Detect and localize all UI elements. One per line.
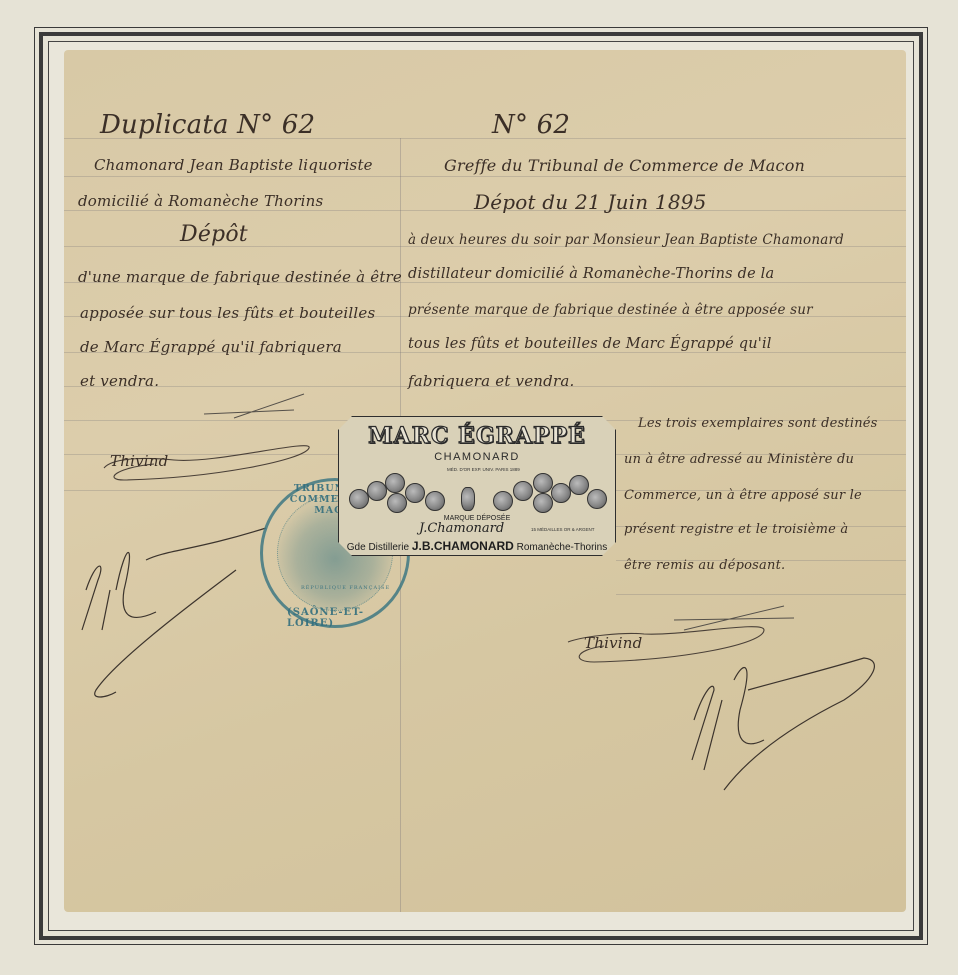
right-note-line: un à être adressé au Ministère du: [624, 452, 854, 467]
label-signature: J.Chamonard: [419, 521, 504, 536]
stamp-center-text: RÉPUBLIQUE FRANÇAISE: [301, 585, 390, 591]
label-footer-place: Romanèche-Thorins: [517, 542, 608, 553]
right-body-line: à deux heures du soir par Monsieur Jean …: [408, 232, 844, 248]
medal-icon: [533, 473, 553, 493]
medal-icon: [405, 483, 425, 503]
right-body-line: fabriquera et vendra.: [408, 372, 574, 390]
right-note-line: Les trois exemplaires sont destinés: [638, 416, 878, 431]
label-subtitle: CHAMONARD: [339, 451, 615, 463]
left-body-line: d'une marque de fabrique destinée à être: [78, 268, 402, 286]
left-body-line: apposée sur tous les fûts et bouteilles: [80, 304, 375, 322]
medal-icon: [513, 481, 533, 501]
right-date-line: Dépot du 21 Juin 1895: [474, 190, 707, 214]
left-name-line: Chamonard Jean Baptiste liquoriste: [94, 156, 373, 174]
right-note-line: présent registre et le troisième à: [624, 522, 848, 537]
label-footer-prefix: Gde Distillerie: [347, 542, 409, 553]
left-heading: Duplicata N° 62: [100, 110, 315, 140]
left-body-line: de Marc Égrappé qu'il fabriquera: [80, 338, 342, 356]
medal-icon: [533, 493, 553, 513]
right-body-line: présente marque de fabrique destinée à ê…: [408, 302, 813, 318]
medal-icon: [425, 491, 445, 511]
right-clerk-signature: [564, 600, 884, 790]
left-body-line: et vendra.: [80, 372, 159, 390]
label-award-text: MÉD. D'OR EXP. UNIV. PARIS 1889: [447, 467, 520, 472]
stamp-bottom-text: (SAÔNE-ET-LOIRE): [287, 607, 407, 629]
register-page: Duplicata N° 62 Chamonard Jean Baptiste …: [64, 50, 906, 912]
right-body-line: tous les fûts et bouteilles de Marc Égra…: [408, 336, 772, 352]
medal-icon: [493, 491, 513, 511]
right-note-line: être remis au déposant.: [624, 558, 785, 573]
label-title: MARC ÉGRAPPÉ: [339, 423, 615, 449]
trademark-label: MARC ÉGRAPPÉ CHAMONARD MÉD. D'OR EXP. UN…: [338, 416, 616, 556]
ruled-line: [64, 176, 906, 177]
left-clerk-signature-text: Thivind: [110, 452, 168, 470]
label-footer: Gde Distillerie J.B.CHAMONARD Romanèche-…: [339, 539, 615, 553]
label-medals-text: 15 MÉDAILLES OR & ARGENT: [531, 527, 595, 532]
right-office-line: Greffe du Tribunal de Commerce de Macon: [444, 156, 805, 175]
medal-icon: [367, 481, 387, 501]
left-domicile-line: domicilié à Romanèche Thorins: [78, 192, 323, 210]
ruled-line: [616, 594, 906, 595]
right-body-line: distillateur domicilié à Romanèche-Thori…: [408, 266, 774, 282]
medal-icon: [385, 473, 405, 493]
label-footer-name: J.B.CHAMONARD: [412, 539, 514, 553]
right-heading: N° 62: [492, 110, 570, 140]
medal-icon: [587, 489, 607, 509]
medal-icon: [569, 475, 589, 495]
right-note-line: Commerce, un à être apposé sur le: [624, 488, 862, 503]
medal-icon: [349, 489, 369, 509]
medal-icon: [461, 487, 475, 511]
right-clerk-signature-text: Thivind: [584, 634, 642, 652]
medal-icon: [551, 483, 571, 503]
medal-icon: [387, 493, 407, 513]
left-depot-title: Dépôt: [180, 222, 248, 247]
